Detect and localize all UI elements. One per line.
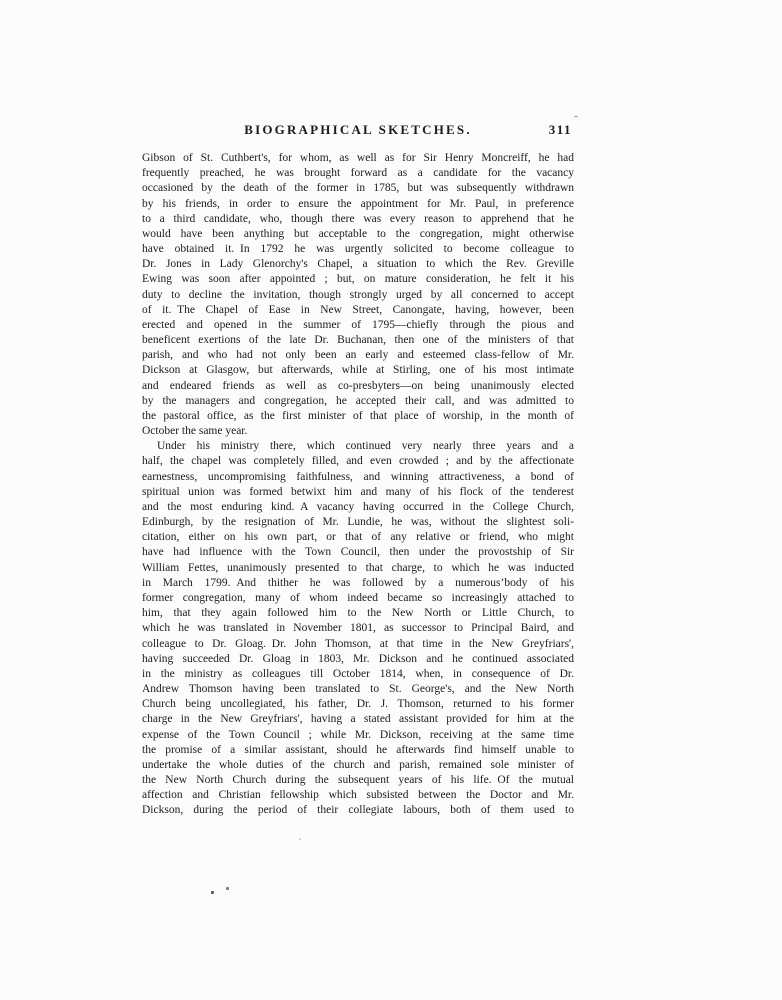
text-line: affection and Christian fellowship which…	[142, 788, 574, 803]
text-line: Andrew Thomson having been translated to…	[142, 682, 574, 697]
scan-artifact	[226, 887, 229, 890]
running-title: BIOGRAPHICAL SKETCHES.	[142, 122, 574, 138]
text-line: to a third candidate, who, though there …	[142, 212, 574, 227]
text-line: and endeared friends as well as co-presb…	[142, 379, 574, 394]
text-block: Gibson of St. Cuthbert's, for whom, as w…	[142, 151, 574, 819]
page-body: BIOGRAPHICAL SKETCHES. 311 Gibson of St.…	[142, 122, 574, 819]
text-line: which he was translated in November 1801…	[142, 621, 574, 636]
text-line: duty to decline the invitation, though s…	[142, 288, 574, 303]
text-line: by his friends, in order to ensure the a…	[142, 197, 574, 212]
text-line: having succeeded Dr. Gloag in 1803, Mr. …	[142, 652, 574, 667]
scan-artifact	[574, 116, 578, 117]
text-line: Dickson at Glasgow, but afterwards, whil…	[142, 363, 574, 378]
text-line: in March 1799. And thither he was follow…	[142, 576, 574, 591]
scan-artifact	[211, 891, 214, 894]
text-line: earnestness, uncompromising faithfulness…	[142, 470, 574, 485]
text-line: undertake the whole duties of the church…	[142, 758, 574, 773]
text-line: citation, either on his own part, or tha…	[142, 530, 574, 545]
text-line: Dickson, during the period of their coll…	[142, 803, 574, 818]
text-line: have had influence with the Town Council…	[142, 545, 574, 560]
text-line: beneficent exertions of the late Dr. Buc…	[142, 333, 574, 348]
scanned-book-page: { "page": { "header": { "title": "BIOGRA…	[0, 0, 782, 1000]
text-line: Gibson of St. Cuthbert's, for whom, as w…	[142, 151, 574, 166]
text-line: Dr. Jones in Lady Glenorchy's Chapel, a …	[142, 257, 574, 272]
text-line: expense of the Town Council ; while Mr. …	[142, 728, 574, 743]
text-line: would have been anything but acceptable …	[142, 227, 574, 242]
text-line: of it. The Chapel of Ease in New Street,…	[142, 303, 574, 318]
text-line: former congregation, many of whom indeed…	[142, 591, 574, 606]
paragraph: Under his ministry there, which continue…	[142, 439, 574, 818]
text-line: the New North Church during the subseque…	[142, 773, 574, 788]
text-line: frequently preached, he was brought forw…	[142, 166, 574, 181]
text-line: the pastoral office, as the first minist…	[142, 409, 574, 424]
page-number: 311	[549, 122, 572, 138]
text-line: the promise of a similar assistant, shou…	[142, 743, 574, 758]
text-line: charge in the New Greyfriars', having a …	[142, 712, 574, 727]
text-line: parish, and who had not only been an ear…	[142, 348, 574, 363]
paragraph: Gibson of St. Cuthbert's, for whom, as w…	[142, 151, 574, 439]
text-line: colleague to Dr. Gloag. Dr. John Thomson…	[142, 637, 574, 652]
text-line: by the managers and congregation, he acc…	[142, 394, 574, 409]
scan-artifact	[299, 838, 301, 840]
text-line: have obtained it. In 1792 he was urgentl…	[142, 242, 574, 257]
text-line: William Fettes, unanimously presented to…	[142, 561, 574, 576]
running-header: BIOGRAPHICAL SKETCHES. 311	[142, 122, 574, 139]
text-line: Under his ministry there, which continue…	[142, 439, 574, 454]
text-line: Edinburgh, by the resignation of Mr. Lun…	[142, 515, 574, 530]
text-line: half, the chapel was completely filled, …	[142, 454, 574, 469]
text-line: and the most enduring kind. A vacancy ha…	[142, 500, 574, 515]
text-line: in the ministry as colleagues till Octob…	[142, 667, 574, 682]
text-line: him, that they again followed him to the…	[142, 606, 574, 621]
text-line: October the same year.	[142, 424, 574, 439]
text-line: Ewing was soon after appointed ; but, on…	[142, 272, 574, 287]
text-line: Church being uncollegiated, his father, …	[142, 697, 574, 712]
text-line: erected and opened in the summer of 1795…	[142, 318, 574, 333]
text-line: spiritual union was formed betwixt him a…	[142, 485, 574, 500]
text-line: occasioned by the death of the former in…	[142, 181, 574, 196]
